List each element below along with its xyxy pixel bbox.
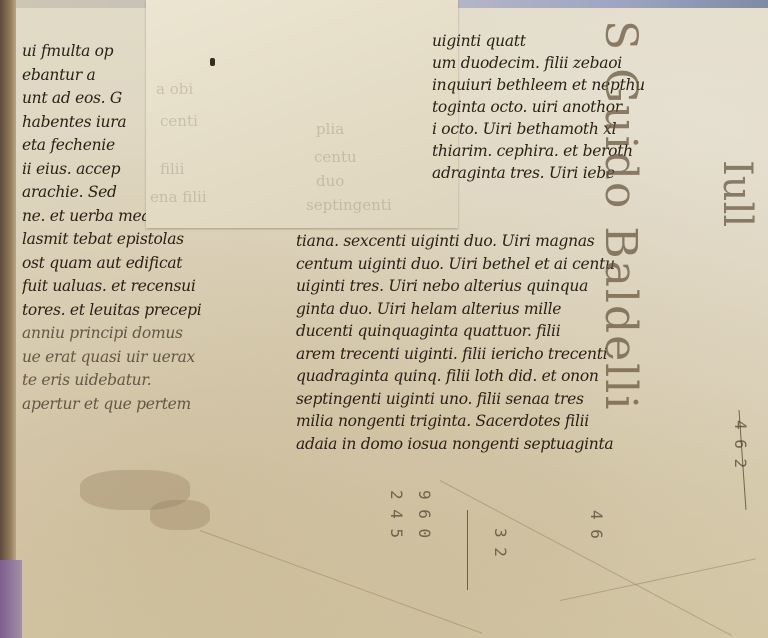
text-line: lasmit tebat epistolas bbox=[22, 228, 250, 252]
show-through-text: septingenti bbox=[306, 196, 392, 214]
text-line: adaia in domo iosua nongenti septuaginta bbox=[296, 433, 626, 456]
show-through-text: duo bbox=[316, 172, 344, 190]
text-line: anniu principi domus bbox=[22, 322, 250, 346]
text-line: septingenti uiginti uno. filii senaa tre… bbox=[296, 388, 626, 411]
show-through-text: ena filii bbox=[150, 188, 207, 206]
text-line: ost quam aut edificat bbox=[22, 252, 250, 276]
text-line: thiarim. cephira. et beroth bbox=[432, 140, 692, 162]
marginal-inscription-right: Iull bbox=[714, 160, 760, 227]
text-line: inquiuri bethleem et nepthu bbox=[432, 74, 692, 96]
show-through-text: filii bbox=[160, 160, 184, 178]
text-line: tores. et leuitas precepi bbox=[22, 299, 250, 323]
book-binding-edge bbox=[0, 0, 16, 638]
show-through-text: centi bbox=[160, 112, 198, 130]
text-line: arem trecenti uiginti. filii iericho tre… bbox=[296, 343, 626, 366]
text-line: adraginta tres. Uiri iebe bbox=[432, 162, 692, 184]
ink-speck bbox=[210, 58, 215, 66]
text-line: apertur et que pertem bbox=[22, 393, 250, 417]
text-line: quadraginta quinq. filii loth did. et on… bbox=[296, 365, 626, 388]
sum-line bbox=[467, 510, 468, 590]
marginal-inscription-large: S Guido Baldelli bbox=[595, 20, 646, 411]
text-line: centum uiginti duo. Uiri bethel et ai ce… bbox=[296, 253, 626, 276]
text-line: uiginti tres. Uiri nebo alterius quinqua bbox=[296, 275, 626, 298]
text-column-right-upper: uiginti quatt um duodecim. filii zebaoi … bbox=[432, 30, 692, 184]
text-line: te eris uidebatur. bbox=[22, 369, 250, 393]
show-through-text: plia bbox=[316, 120, 344, 138]
pen-trial-number: 2 4 5 bbox=[387, 490, 406, 538]
show-through-text: a obi bbox=[156, 80, 193, 98]
text-column-right: tiana. sexcenti uiginti duo. Uiri magnas… bbox=[296, 230, 626, 455]
text-line: milia nongenti triginta. Sacerdotes fili… bbox=[296, 410, 626, 433]
pen-trial-number: 9 6 0 bbox=[415, 490, 434, 538]
text-line: ue erat quasi uir uerax bbox=[22, 346, 250, 370]
text-line: toginta octo. uiri anothor bbox=[432, 96, 692, 118]
paper-repair-patch: a obi centi filii ena filii plia centu d… bbox=[146, 0, 458, 228]
text-line: ducenti quinquaginta quattuor. filii bbox=[296, 320, 626, 343]
text-line: ginta duo. Uiri helam alterius mille bbox=[296, 298, 626, 321]
text-line: uiginti quatt bbox=[432, 30, 692, 52]
binding-cloth bbox=[0, 560, 22, 638]
text-line: fuit ualuas. et recensui bbox=[22, 275, 250, 299]
pen-trial-number: 3 2 bbox=[491, 528, 510, 557]
text-line: tiana. sexcenti uiginti duo. Uiri magnas bbox=[296, 230, 626, 253]
text-line: i octo. Uiri bethamoth xl bbox=[432, 118, 692, 140]
manuscript-photo: ui fmulta op ebantur a unt ad eos. G hab… bbox=[0, 0, 768, 638]
stain bbox=[150, 500, 210, 530]
show-through-text: centu bbox=[314, 148, 357, 166]
text-line: um duodecim. filii zebaoi bbox=[432, 52, 692, 74]
pen-trial-number: 4 6 bbox=[587, 510, 606, 539]
